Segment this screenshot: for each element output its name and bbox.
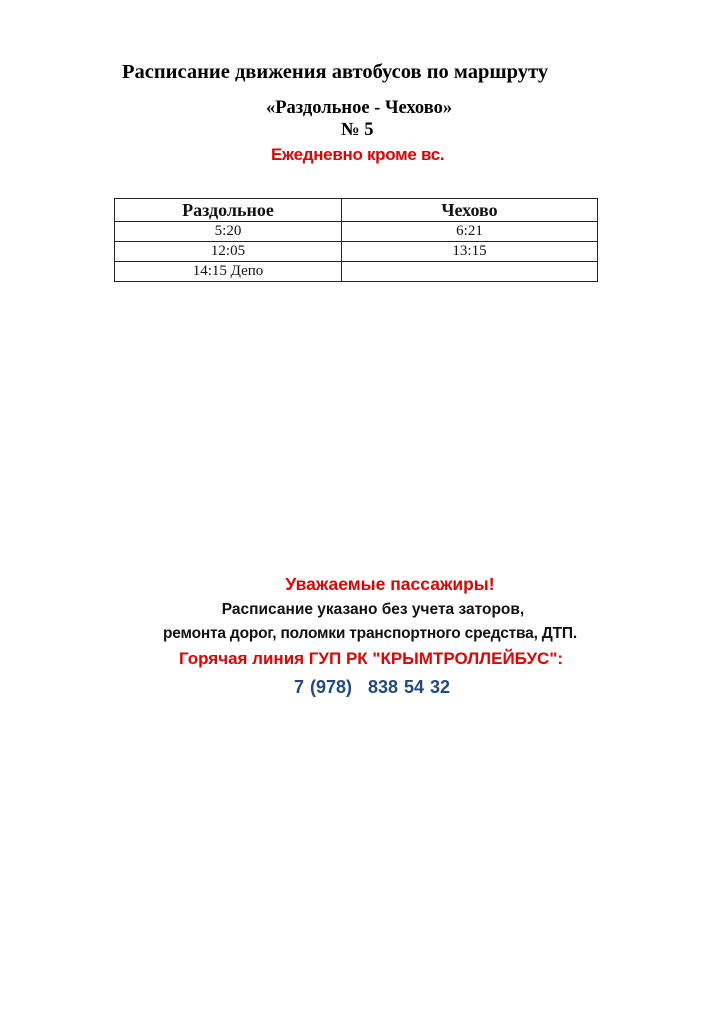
passenger-greeting: Уважаемые пассажиры! bbox=[0, 574, 724, 595]
departure-chekhovo bbox=[342, 262, 598, 282]
table-header-row: Раздольное Чехово bbox=[115, 199, 598, 222]
departure-razdolnoe: 14:15 Депо bbox=[115, 262, 342, 282]
route-number: № 5 bbox=[341, 120, 373, 141]
page-title: Расписание движения автобусов по маршрут… bbox=[122, 61, 548, 84]
hotline-phone: 7 (978)838 54 32 bbox=[0, 677, 724, 698]
departure-chekhovo: 13:15 bbox=[342, 242, 598, 262]
operating-days: Ежедневно кроме вс. bbox=[271, 145, 444, 165]
phone-number: 838 54 32 bbox=[368, 677, 450, 697]
departure-razdolnoe: 5:20 bbox=[115, 222, 342, 242]
table-row: 5:20 6:21 bbox=[115, 222, 598, 242]
column-header-razdolnoe: Раздольное bbox=[115, 199, 342, 222]
column-header-chekhovo: Чехово bbox=[342, 199, 598, 222]
schedule-table: Раздольное Чехово 5:20 6:21 12:05 13:15 … bbox=[114, 198, 598, 282]
table-row: 14:15 Депо bbox=[115, 262, 598, 282]
phone-code: 7 (978) bbox=[294, 677, 352, 697]
departure-chekhovo: 6:21 bbox=[342, 222, 598, 242]
table-row: 12:05 13:15 bbox=[115, 242, 598, 262]
disclaimer-line-2: ремонта дорог, поломки транспортного сре… bbox=[0, 625, 724, 643]
route-name: «Раздольное - Чехово» bbox=[266, 98, 452, 119]
disclaimer-line-1: Расписание указано без учета заторов, bbox=[0, 601, 724, 619]
departure-razdolnoe: 12:05 bbox=[115, 242, 342, 262]
hotline-label: Горячая линия ГУП РК "КРЫМТРОЛЛЕЙБУС": bbox=[0, 649, 724, 669]
